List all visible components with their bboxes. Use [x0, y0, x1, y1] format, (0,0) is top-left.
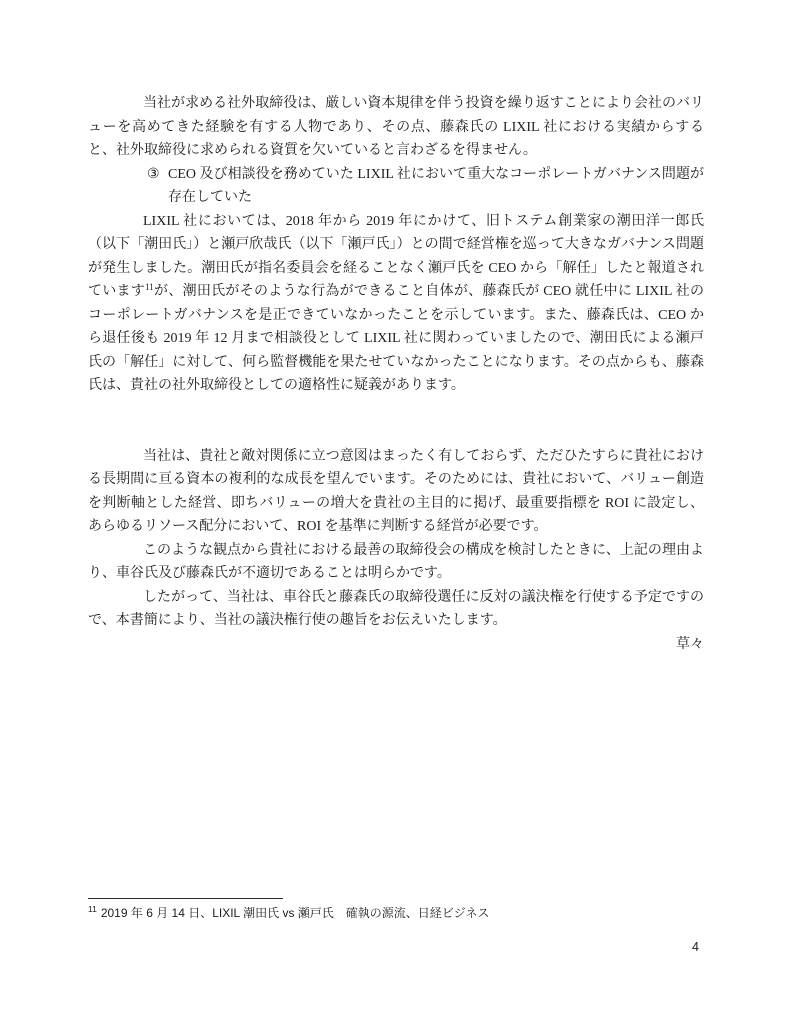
footnote-marker-11: 11 [88, 904, 97, 914]
paragraph-director-qualifications: 当社が求める社外取締役は、厳しい資本規律を伴う投資を繰り返すことにより会社のバリ… [88, 92, 704, 163]
footnote-separator-rule [88, 898, 283, 899]
paragraph-lixil-governance-post: が、潮田氏がそのような行為ができること自体が、藤森氏が CEO 就任中に LIX… [88, 284, 704, 393]
letter-closing-sousou: 草々 [88, 633, 704, 657]
page-number: 4 [692, 940, 699, 954]
paragraph-voting-intention: したがって、当社は、車谷氏と藤森氏の取締役選任に反対の議決権を行使する予定ですの… [88, 586, 704, 633]
item-3-heading-text: CEO 及び相談役を務めていた LIXIL 社において重大なコーポレートガバナン… [168, 167, 704, 206]
footnote-ref-11: 11 [145, 282, 154, 292]
numbered-item-3: ③ CEO 及び相談役を務めていた LIXIL 社において重大なコーポレートガバ… [88, 163, 704, 210]
footnote-text: 112019 年 6 月 14 日、LIXIL 潮田氏 vs 瀬戸氏 確執の源流… [88, 905, 704, 922]
paragraph-board-composition: このような観点から貴社における最善の取締役会の構成を検討したときに、上記の理由よ… [88, 539, 704, 586]
paragraph-lixil-governance: LIXIL 社においては、2018 年から 2019 年にかけて、旧トステム創業… [88, 210, 704, 398]
footnote-citation: 2019 年 6 月 14 日、LIXIL 潮田氏 vs 瀬戸氏 確執の源流、日… [101, 906, 490, 920]
footnote-area: 112019 年 6 月 14 日、LIXIL 潮田氏 vs 瀬戸氏 確執の源流… [88, 898, 704, 922]
document-page: 当社が求める社外取締役は、厳しい資本規律を伴う投資を繰り返すことにより会社のバリ… [0, 0, 789, 1024]
item-3-marker: ③ [147, 163, 160, 187]
paragraph-no-hostile-intent: 当社は、貴社と敵対関係に立つ意図はまったく有しておらず、ただひたすらに貴社におけ… [88, 445, 704, 539]
letter-body: 当社が求める社外取締役は、厳しい資本規律を伴う投資を繰り返すことにより会社のバリ… [88, 92, 704, 656]
